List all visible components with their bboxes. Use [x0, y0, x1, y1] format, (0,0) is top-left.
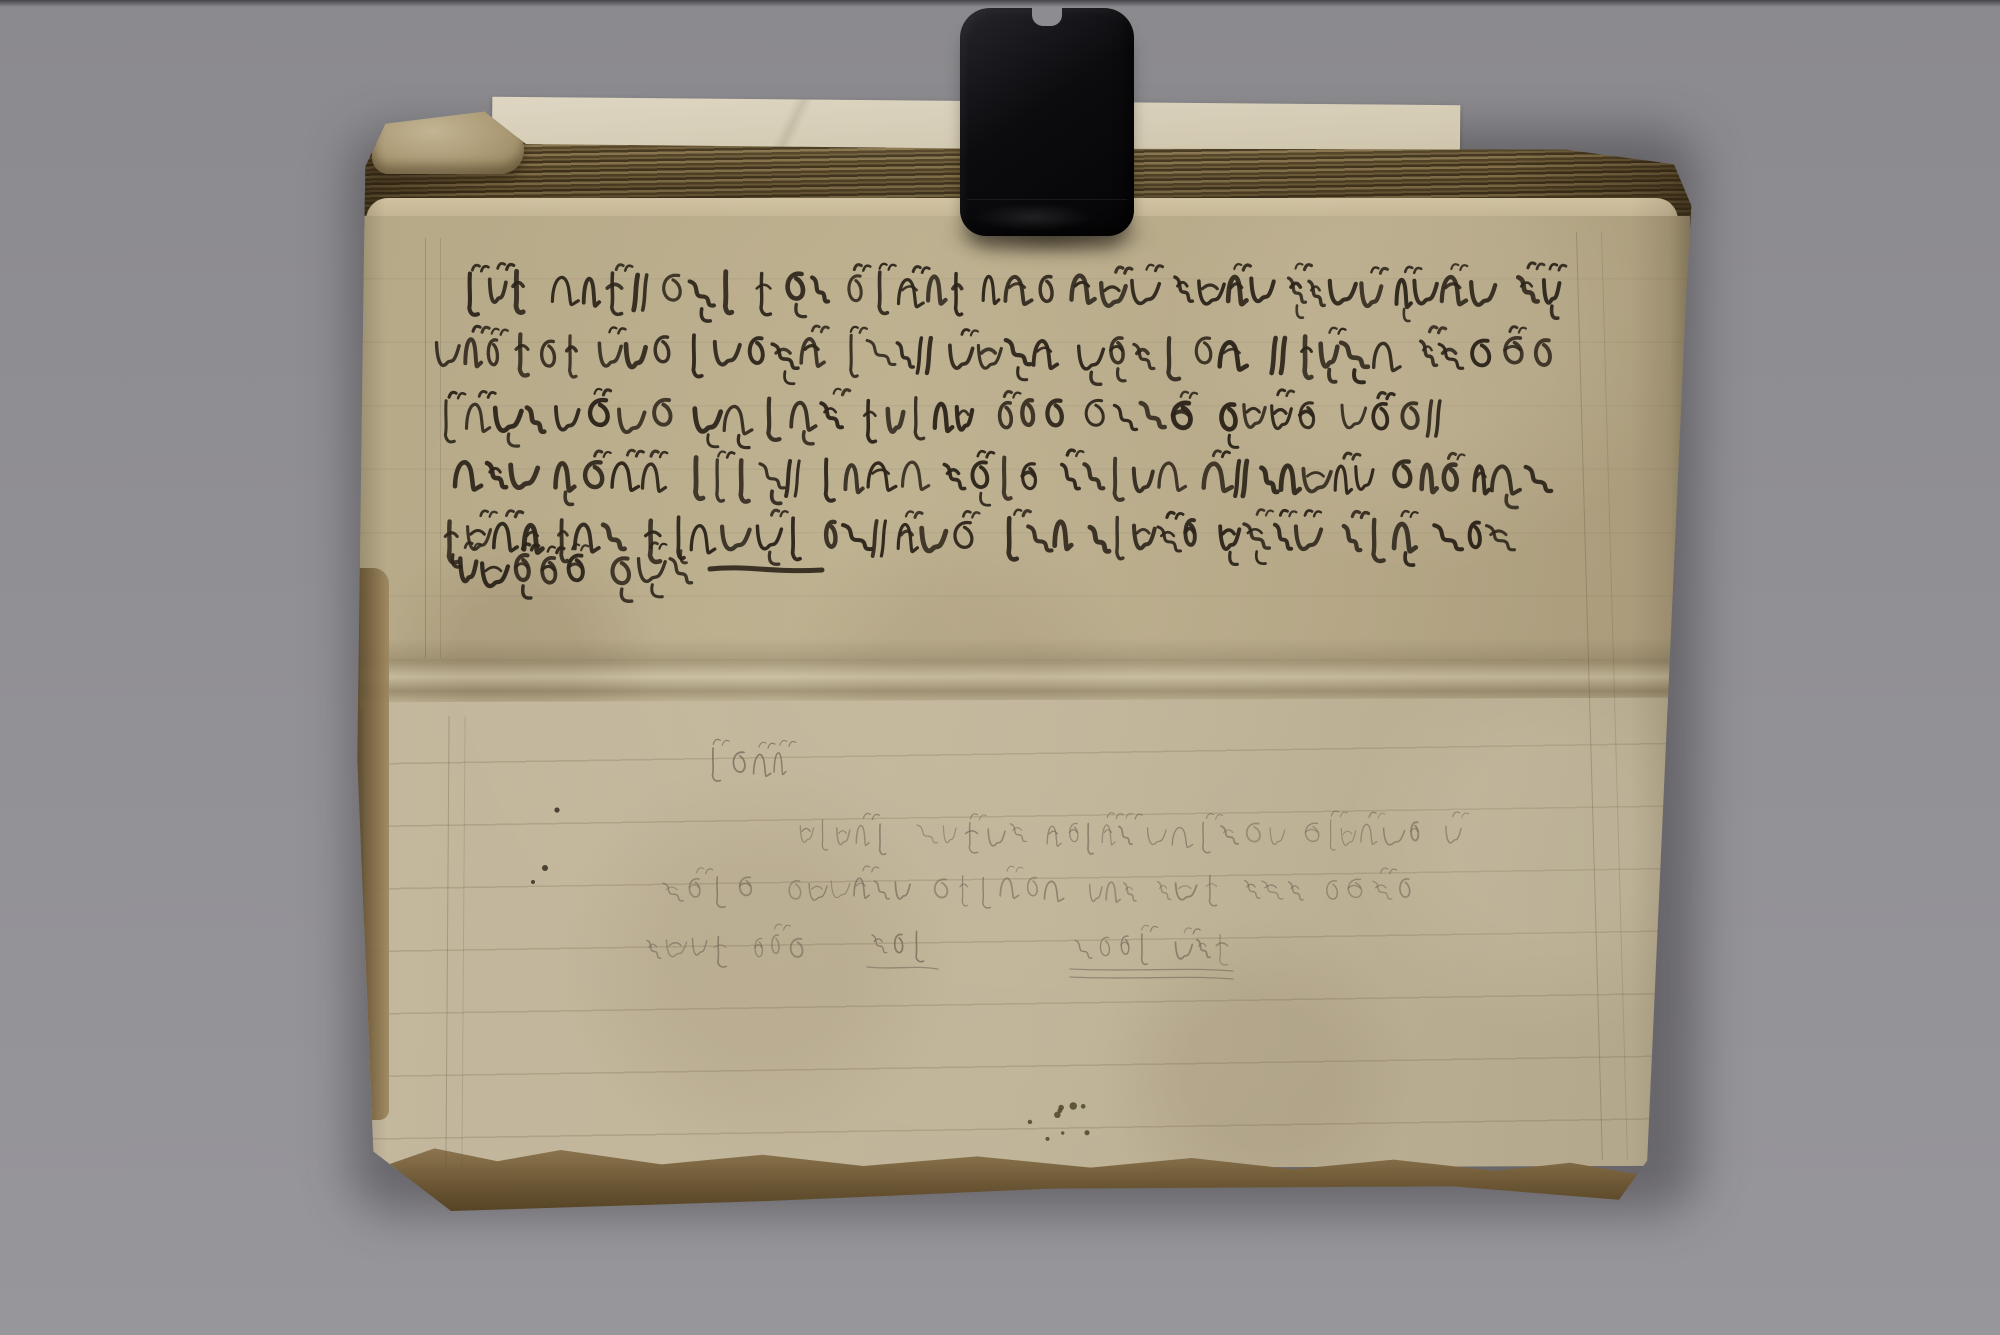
clip-body: [960, 8, 1134, 236]
clip-gloss-highlight: [974, 203, 1094, 231]
clip-seam-line: [967, 199, 1127, 200]
top-page: [360, 216, 1690, 708]
black-clip-weight: [960, 8, 1134, 236]
manuscript-book: [356, 98, 1694, 1220]
photo-top-edge-shadow: [0, 0, 2000, 7]
manuscript-photo: [0, 0, 2000, 1335]
clip-top-notch: [1032, 7, 1062, 26]
bottom-page: [363, 698, 1681, 1171]
